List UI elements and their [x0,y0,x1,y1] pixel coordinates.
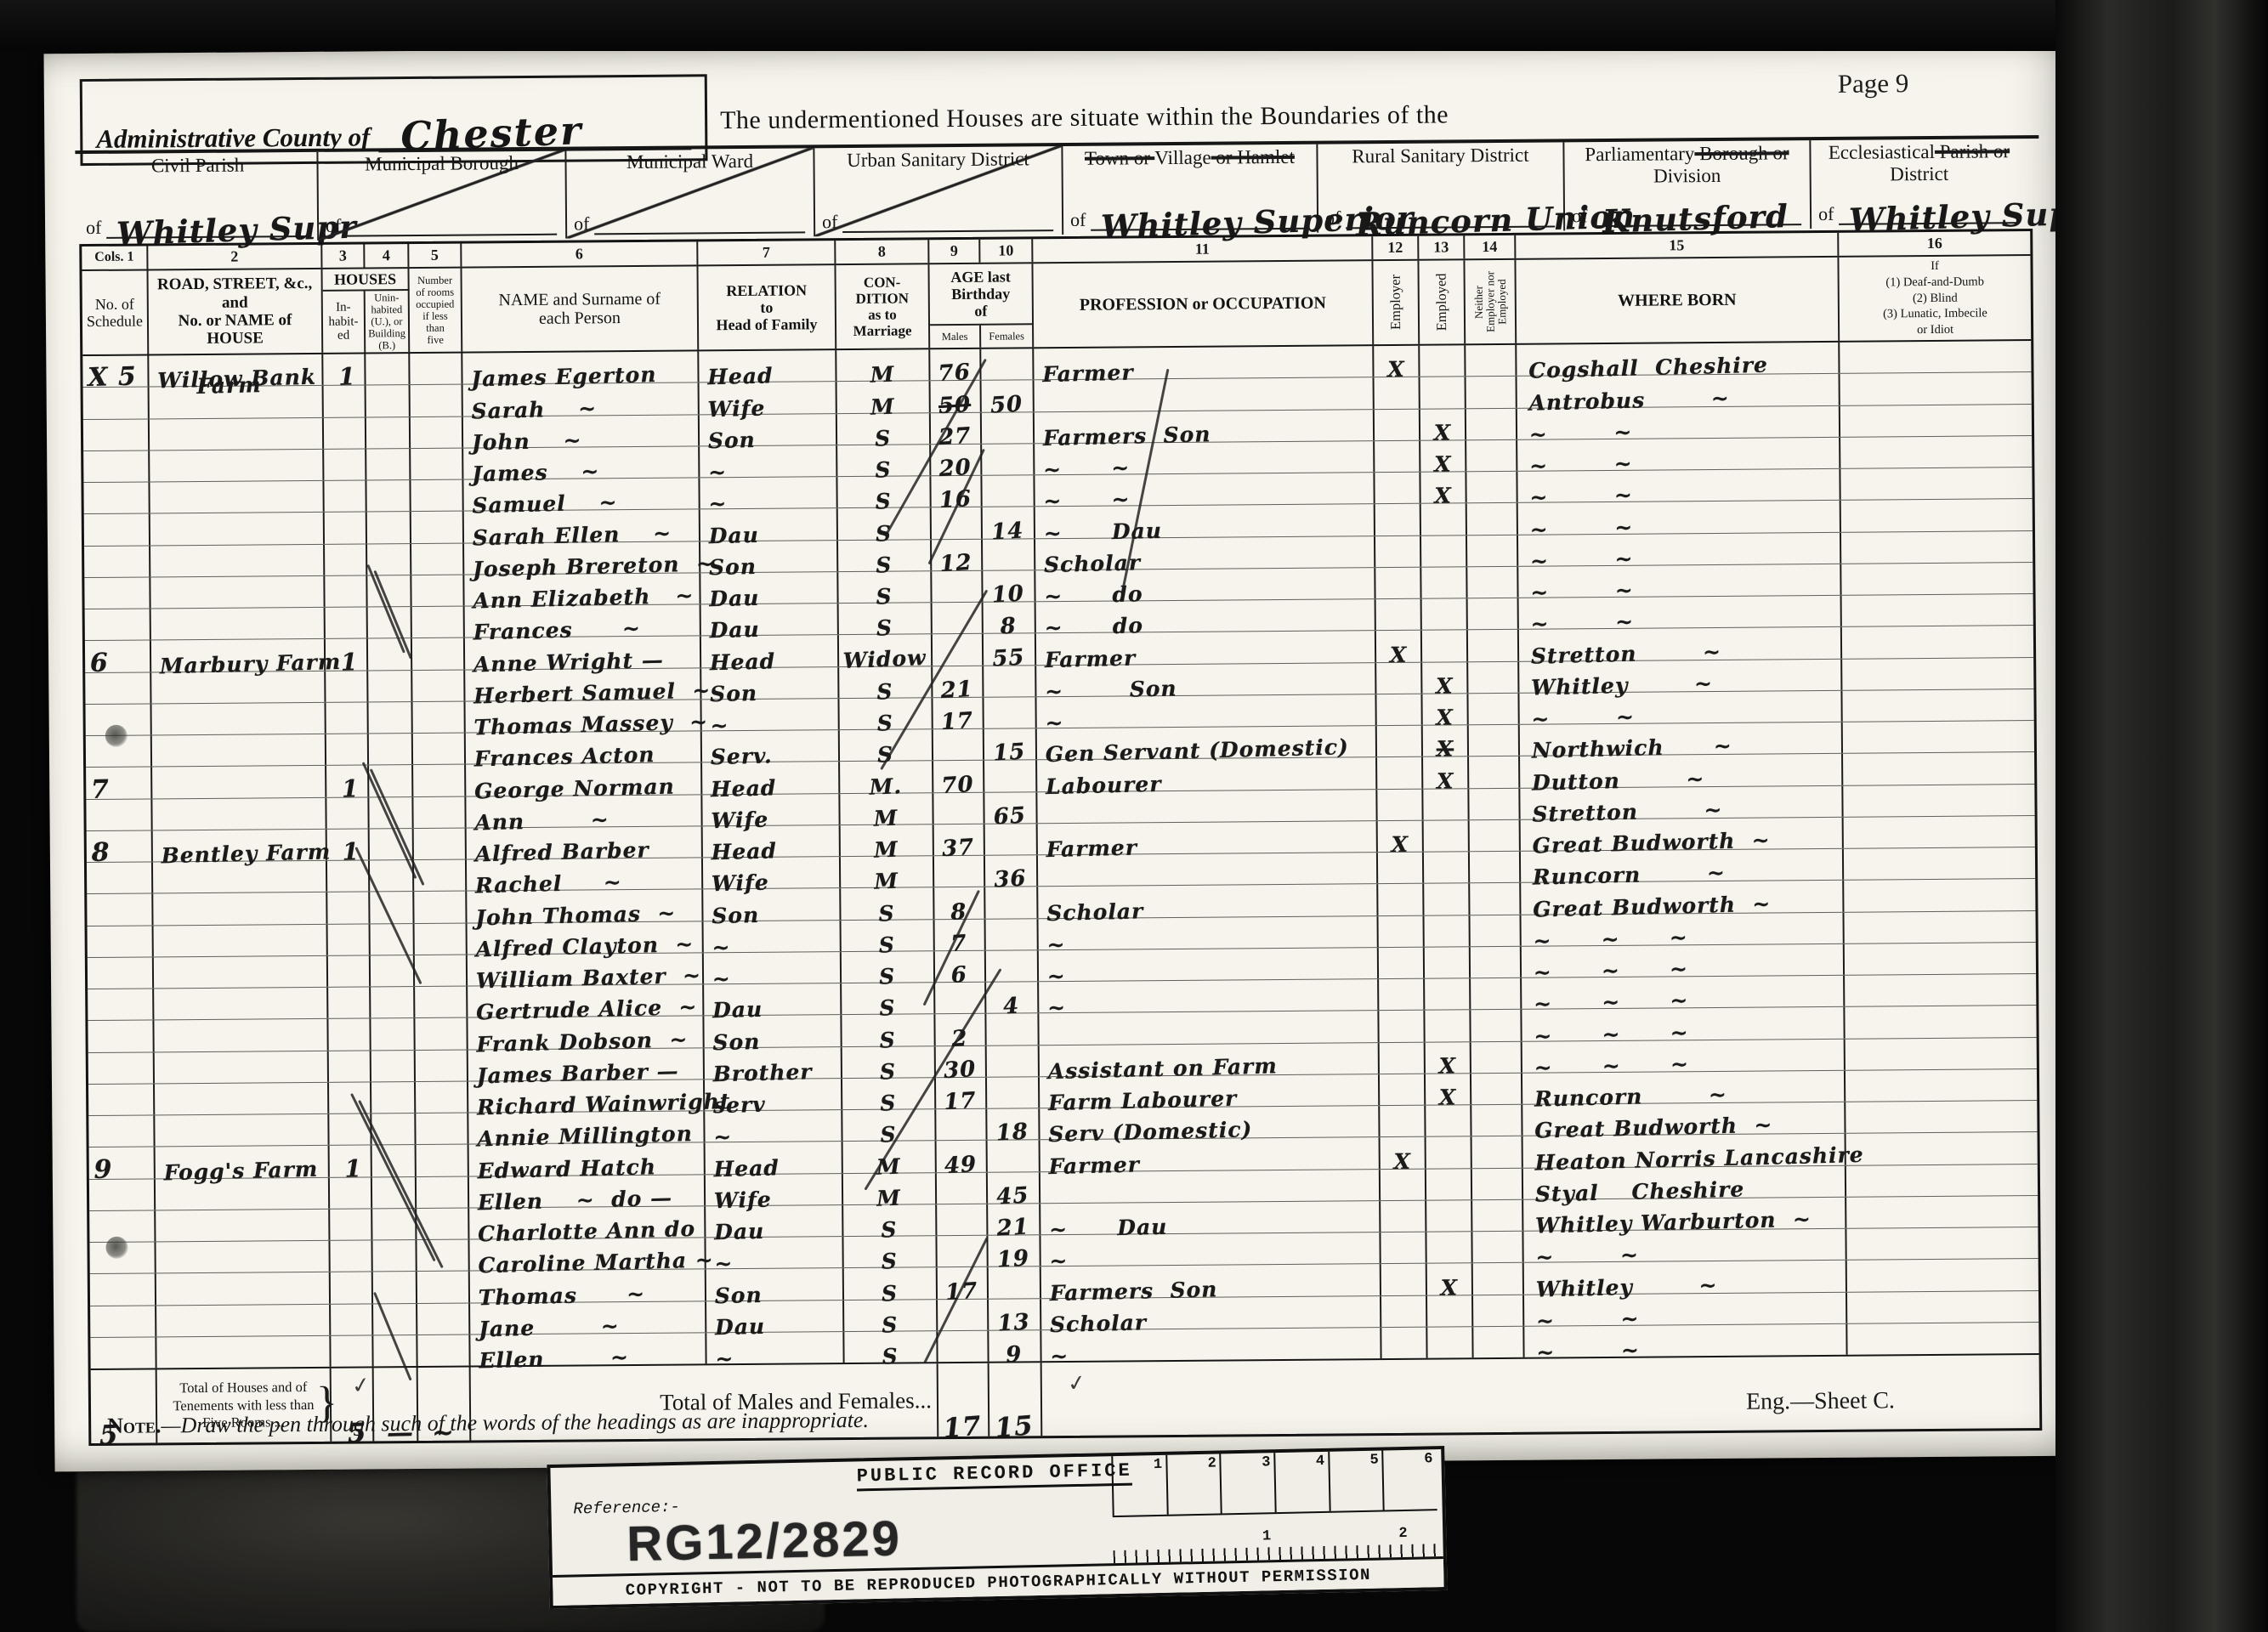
district-value-underline: Runcorn Union [1346,217,1555,229]
cell-neither [1472,1232,1523,1263]
cell-condition: M. [840,761,933,792]
cell-inhabited [324,417,366,449]
cell-uninhabited [373,1272,417,1303]
ruler-number: 2 [1398,1526,1408,1542]
handwritten-value: S [882,1346,899,1368]
cell-age_f [987,1077,1040,1108]
cell-name: Richard Wainwright [468,1079,705,1112]
cell-relation: Wife [703,857,841,889]
cell-born: Whitley Warburton ~ [1523,1198,1846,1231]
district-label-text: Municipal Ward [627,150,753,173]
film-edge-top [0,0,2268,51]
cell-name: Ellen ~ do — [469,1175,706,1207]
cell-employed [1420,345,1466,377]
ruler-number: 1 [1262,1528,1272,1544]
cell-rooms [416,1081,468,1113]
cell-schedule [84,577,150,609]
cell-age_f: 9 [989,1330,1041,1362]
district-label: Town or Village or Hamlet [1063,144,1316,171]
district-of-line: of [822,209,1053,233]
cell-inhabited [329,1082,371,1113]
column-number: 5 [409,244,462,267]
cell-employed [1425,978,1471,1010]
cell-road [150,386,324,418]
cell-born: ~ ~ [1518,501,1841,534]
cell-uninhabited [373,1335,417,1367]
cell-road [150,513,325,545]
pro-office-title: PUBLIC RECORD OFFICE [856,1460,1132,1492]
cell-relation: ~ [704,952,842,984]
cell-rooms [416,1050,468,1081]
cell-name: Ann ~ [466,795,702,827]
cell-road [151,703,326,735]
of-word: of [1325,207,1341,229]
ruler-number: 6 [1424,1451,1433,1467]
cell-inhabited [324,449,366,480]
cell-relation: Head [703,825,841,858]
cell-neither [1471,1041,1522,1073]
cell-schedule: 7 [86,768,152,799]
cell-born: Antrobus ~ [1517,374,1840,407]
cell-employer [1375,504,1421,535]
district-label-text: Rural Sanitary District [1352,144,1528,167]
cell-neither [1471,1105,1522,1136]
cell-rooms [411,512,464,543]
cell-employed: X [1423,725,1469,756]
cell-age_m [935,983,986,1014]
cell-name: John ~ [463,415,700,447]
cell-age_f [986,1013,1039,1045]
reference-value: RG12/2829 [627,1510,903,1572]
cell-age_m [932,570,983,602]
of-word: of [1070,209,1086,231]
cell-condition: M [840,793,933,824]
cell-employer [1380,1042,1426,1074]
cell-born: ~ ~ ~ [1521,912,1844,945]
cell-occupation [1037,790,1377,823]
cell-neither [1467,567,1518,598]
cell-inhabited [328,924,371,955]
header-where-born: WHERE BORN [1516,258,1840,343]
district-label-line2: Division [1565,165,1810,190]
cell-employed [1427,1327,1473,1358]
cell-occupation: ~ Dau [1035,504,1375,537]
cell-inhabited [331,1272,373,1304]
cell-employer: X [1381,1137,1426,1169]
cell-infirmity [1841,563,2033,595]
film-edge-right [2055,0,2268,1632]
cell-age_m [933,729,984,761]
cell-infirmity [1845,1006,2036,1038]
cell-age_f [982,475,1035,507]
column-number: 9 [929,240,980,263]
cell-infirmity [1841,531,2033,564]
cell-inhabited [331,1335,373,1367]
cell-infirmity [1846,1101,2037,1133]
cell-road [150,576,325,609]
cell-relation: serv [705,1079,842,1111]
ruler-cm-segment: 3 [1220,1453,1275,1513]
cell-rooms [413,796,466,828]
cell-name: Ann Elizabeth ~ [464,573,700,605]
district-of-line: ofWhitley Supr [86,215,309,239]
census-sheet: Administrative County of Chester The und… [43,38,2084,1472]
cell-neither [1467,503,1518,535]
ruler-number: 1 [1154,1457,1163,1473]
cell-employed [1423,789,1469,820]
cell-born: ~ ~ ~ [1522,944,1845,977]
cell-occupation: ~ [1040,1232,1381,1266]
cell-neither [1473,1327,1524,1358]
column-number: Cols. 1 [82,246,148,269]
header-houses-group: HOUSES [322,269,409,292]
cell-relation: ~ [701,699,839,731]
of-word: of [574,212,590,235]
cell-employer [1381,1264,1427,1295]
cell-neither [1466,408,1517,439]
cell-neither [1469,725,1520,756]
cell-employed: X [1420,472,1466,503]
header-employer: Employer [1373,261,1420,344]
cell-age_f [983,539,1035,570]
totals-males: 17 [938,1363,990,1436]
cell-employed: X [1423,757,1469,789]
cell-occupation: ~ [1039,979,1379,1012]
district-label-text: Civil Parish [151,155,244,177]
cell-employer [1376,599,1422,631]
district-of-line: ofRuncorn Union [1325,205,1555,229]
cell-age_m: 49 [937,1141,988,1172]
cell-road: Marbury Farm [151,639,326,671]
cell-employer [1376,694,1422,725]
cell-age_f: 13 [989,1299,1041,1330]
cell-born: Runcorn ~ [1521,849,1844,882]
cell-rooms [411,416,463,448]
column-headers-row: No. of Schedule ROAD, STREET, &c., and N… [82,256,2031,356]
cell-born: Cogshall Cheshire [1517,343,1840,376]
cell-relation: Head [706,1142,843,1174]
cell-neither [1468,630,1519,661]
cell-occupation: ~ Dau [1040,1201,1381,1234]
cell-occupation: ~ do [1036,599,1376,632]
cell-schedule [84,514,150,546]
cell-born: Northwich ~ [1520,722,1843,756]
cell-age_m [936,1109,987,1141]
cell-road [150,481,324,513]
header-neither: Neither Employer nor Employed [1465,260,1517,343]
cell-name: Anne Wright — [465,637,701,669]
cell-uninhabited [369,734,413,765]
cell-employed [1426,1232,1472,1263]
cell-infirmity [1842,658,2033,690]
cell-name: Herbert Samuel ~ [465,668,701,700]
cell-occupation: ~ [1041,1328,1381,1361]
header-name: NAME and Surname of each Person [462,266,699,351]
cell-occupation: ~ [1039,948,1379,981]
cell-age_m [938,1330,989,1362]
cell-road [153,892,327,925]
cell-neither [1471,1074,1522,1105]
cell-neither [1471,978,1522,1010]
cell-neither [1469,788,1520,819]
cell-uninhabited [371,1051,416,1082]
cell-inhabited: 1 [327,829,370,860]
cell-employer: X [1378,820,1424,852]
struck-word: Town or [1085,147,1154,169]
cell-employed [1421,535,1467,567]
cell-uninhabited [366,480,411,512]
header-schedule: No. of Schedule [82,270,149,354]
column-number: 14 [1465,235,1516,258]
cell-condition: S [838,507,932,539]
cell-inhabited [326,671,368,702]
cell-schedule [86,735,152,767]
cell-road [152,797,326,830]
cell-condition: S [844,1331,938,1363]
cell-neither [1467,535,1518,566]
check-mark: ✓ [350,1372,372,1400]
cell-born: ~ ~ [1517,405,1840,439]
header-occupation: PROFESSION or OCCUPATION [1033,261,1374,347]
cell-age_m [937,1172,988,1204]
cell-infirmity [1846,1069,2037,1102]
cell-occupation: ~ ~ [1035,441,1375,474]
check-mark: ✓ [1066,1369,1088,1397]
cell-age_f [984,666,1036,697]
cell-occupation [1038,853,1378,886]
cell-born: Heaton Norris Lancashire [1523,1134,1846,1167]
cell-relation: Son [700,414,837,446]
cell-born: ~ ~ ~ [1522,976,1845,1009]
cell-condition: M [841,856,934,887]
cell-relation: Son [700,541,838,573]
cell-road [155,1114,329,1147]
cell-employer [1379,979,1425,1011]
cell-name: Sarah ~ [463,383,700,416]
cell-rooms [411,385,463,416]
cell-schedule [85,704,151,735]
cell-infirmity [1844,911,2035,943]
cell-neither [1470,852,1521,883]
cell-uninhabited [366,354,410,385]
cell-neither [1470,915,1521,946]
cell-rooms [415,1018,468,1050]
cell-road [156,1272,331,1305]
cell-infirmity [1846,1038,2037,1070]
district-value-underline: Knutsford [1592,215,1801,227]
cell-neither [1470,883,1521,915]
cell-relation: Dau [700,572,838,604]
cell-name: Jane ~ [470,1301,706,1334]
cell-employed [1426,1169,1472,1200]
cell-schedule [87,894,153,926]
cell-employer [1375,535,1421,567]
cell-neither [1466,377,1517,408]
header-uninhabited: Unin- habited (U.), or Building (B.) [366,291,411,352]
situate-heading: The undermentioned Houses are situate wi… [720,99,1604,135]
cell-born: ~ ~ [1518,532,1841,565]
ruler-inches: 12 [1113,1510,1438,1563]
header-road: ROAD, STREET, &c., and No. or NAME of HO… [148,269,323,354]
cell-road [156,1304,331,1336]
cell-infirmity [1840,405,2032,437]
cell-road [155,1083,329,1115]
ruler-number: 2 [1207,1456,1216,1472]
district-label-text: Municipal Borough [365,152,519,174]
cell-condition: M [841,824,934,856]
cell-road [154,956,328,989]
cell-infirmity [1842,626,2033,658]
header-rooms: Number of rooms occupied if less than fi… [409,269,462,352]
note-body: —Draw the pen through such of the words … [161,1408,869,1438]
cell-name: Annie Millington [468,1111,705,1143]
ruler-cm-segment: 2 [1165,1454,1221,1515]
cell-road [154,924,328,956]
column-number: 4 [365,244,409,267]
cell-employer [1378,853,1424,884]
cell-rooms [411,543,464,575]
column-number: 3 [322,244,365,267]
column-number: 2 [148,245,322,269]
cell-rooms [417,1272,470,1303]
cell-employer [1380,1074,1426,1105]
cell-born: Whitley ~ [1524,1261,1847,1294]
cell-employer [1377,726,1423,757]
cell-inhabited [325,575,367,607]
cell-occupation: Farm Labourer [1040,1074,1380,1108]
district-header-strip: Civil ParishofWhitley SuprMunicipal Boro… [78,139,2027,242]
cell-schedule [89,1179,156,1210]
cell-uninhabited [370,892,414,923]
cell-condition: S [838,540,932,571]
cell-employed [1424,915,1470,947]
cell-relation: ~ [704,921,842,953]
cell-condition: S [839,603,933,634]
cell-occupation: Farmer [1034,346,1374,379]
ruler-cm-segment: 5 [1328,1451,1383,1511]
cell-employer [1376,662,1422,694]
cell-infirmity [1846,1164,2038,1197]
cell-rooms [415,955,468,986]
header-condition: CON- DITION as to Marriage [836,264,930,348]
district-label: Rural Sanitary District [1318,142,1562,168]
cell-road [154,1019,328,1051]
district-of-line: ofWhitley Supr [1818,201,2019,225]
cell-born: ~ ~ [1519,596,1842,629]
cell-condition: S [842,1109,936,1141]
handwritten-value: ~ [715,1348,734,1370]
cell-age_f: 18 [987,1108,1040,1140]
cell-infirmity [1847,1259,2038,1291]
cell-inhabited [331,1304,373,1335]
cell-schedule [83,450,150,482]
district-civil-parish: Civil ParishofWhitley Supr [78,152,319,242]
cell-name: Edward Hatch [469,1143,706,1176]
of-word: of [822,211,838,233]
cell-age_f: 19 [988,1235,1040,1266]
cell-condition: S [842,983,935,1014]
district-ecclesiastical: Ecclesiastical Parish orDistrictofWhitle… [1811,139,2027,229]
cell-schedule [89,1242,156,1273]
cell-born: ~ ~ [1523,1229,1846,1262]
page-number: Page 9 [1838,68,1909,99]
cell-employer [1381,1200,1426,1232]
cell-road [156,1177,330,1210]
microfilm-frame: { "header": { "admin_county_label": "Adm… [0,0,2268,1632]
cell-born: ~ ~ ~ [1522,1007,1845,1040]
cell-employed [1424,820,1470,852]
struck-word: or Hamlet [1211,146,1296,168]
cell-relation: ~ [705,1110,842,1142]
cell-name: Alfred Clayton ~ [468,921,704,954]
cell-uninhabited [371,1082,416,1113]
cell-name: Frank Dobson ~ [468,1017,704,1049]
cell-age_f [982,412,1035,444]
district-municipal-ward: Municipal Wardof [566,148,815,238]
cell-condition: M [843,1173,937,1204]
ruler-number: 5 [1369,1453,1379,1469]
cell-employed [1427,1295,1473,1327]
cell-schedule [88,1084,155,1115]
cell-condition: S [843,1236,937,1267]
cell-occupation: Farmers Son [1041,1264,1381,1297]
cell-infirmity [1840,467,2032,500]
cell-name: Thomas ~ [470,1270,706,1302]
census-table: Cols. 12345678910111213141516 No. of Sch… [79,229,2042,1446]
cell-road [156,1210,330,1242]
district-value-underline: Whitley Superior [1091,219,1308,231]
cell-relation: Son [706,1268,844,1300]
district-municipal-borough: Municipal Boroughof [318,150,567,241]
cell-infirmity [1841,499,2033,531]
cell-name: Frances Acton [466,731,702,763]
cell-occupation [1035,377,1375,411]
cell-relation: Head [699,350,836,382]
cell-road [151,671,326,703]
cell-uninhabited [370,829,414,860]
cell-age_f [981,348,1034,380]
header-inhabited: In- habit- ed [323,291,366,352]
of-word: of [326,215,342,237]
table-body: X 5Willow BankFarm1James EgertonHeadM76F… [82,341,2038,1368]
cell-occupation: Serv (Domestic) [1040,1106,1380,1139]
cell-schedule [88,957,154,989]
cell-inhabited [326,607,368,638]
district-village: Town or Village or HamletofWhitley Super… [1063,144,1318,235]
cell-age_m [934,856,985,887]
cell-age_m: 17 [933,697,984,728]
cell-schedule [88,1115,155,1147]
cell-name: George Norman [466,763,702,796]
cell-rooms [414,828,467,859]
cell-name: Ellen ~ [470,1333,706,1365]
cell-relation: Dau [706,1205,843,1238]
cell-employed: X [1420,409,1466,440]
cell-employer [1379,915,1425,947]
of-word: of [86,217,102,239]
cell-infirmity [1847,1291,2038,1323]
cell-neither [1470,820,1521,852]
district-urban-sanitary-district: Urban Sanitary Districtof [814,146,1063,236]
cell-employer: X [1374,346,1420,377]
cell-condition: S [841,887,934,919]
cell-employer: X [1376,631,1422,662]
cell-relation: Wife [702,794,840,826]
cell-rooms [411,448,463,479]
cell-age_m: 7 [935,919,986,950]
district-label: Municipal Ward [566,148,813,174]
cell-name: John Thomas ~ [467,890,703,922]
